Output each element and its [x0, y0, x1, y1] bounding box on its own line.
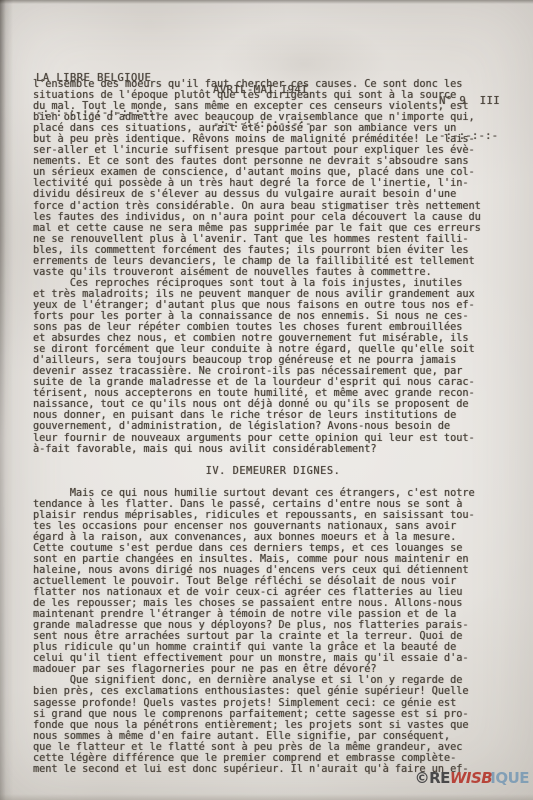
text-line: les fautes des individus, on n'aura poin…: [33, 212, 513, 223]
text-line: devenir assez tracassière. Ne croiront-i…: [33, 366, 513, 377]
text-line: but à peu près identique. Rêvons moins d…: [33, 134, 513, 145]
paragraph: Ces reproches réciproques sont tout à la…: [33, 278, 513, 455]
text-line: Que signifient donc, en dernière analyse…: [33, 675, 513, 686]
text-line: placé dans ces situations, aurait été po…: [33, 123, 513, 134]
text-line: errements de leurs devanciers, le champ …: [33, 256, 513, 267]
text-line: si grand que nous le comprenons parfaite…: [33, 709, 513, 720]
text-line: à-fait favorable, mais qui nous avilit c…: [33, 444, 513, 455]
text-line: grande maladresse que nous y déployons? …: [33, 620, 513, 631]
text-line: de les repousser; mais les choses se pas…: [33, 598, 513, 609]
text-line: force d'action très considérable. On aur…: [33, 201, 513, 212]
paragraph: Mais ce qui nous humilie surtout devant …: [33, 488, 513, 676]
scan-edge-bottom: [0, 794, 533, 800]
text-line: sagesse profonde! Quels vastes projets! …: [33, 698, 513, 709]
text-line: fonde que nous la pénétrons entièrement;…: [33, 720, 513, 731]
text-line: ne se renouvellent plus à l'avenir. Tant…: [33, 234, 513, 245]
text-line: du mal. Tout le monde, sans même en exce…: [33, 101, 513, 112]
text-line: celui qu'il tient effectivement pour un …: [33, 653, 513, 664]
text-line: plaisir rendus méprisables, ridicules et…: [33, 510, 513, 521]
watermark-prefix: ©RE: [415, 769, 450, 787]
text-line: madouer par ses flagorneries pour ne pas…: [33, 664, 513, 675]
text-line: se diront forcément que leur conduite à …: [33, 344, 513, 355]
paragraph: l'ensemble des moeurs qu'il faut cherche…: [33, 79, 513, 278]
text-line: nements. Et ce sont des fautes dont pers…: [33, 156, 513, 167]
text-line: Cette coutume s'est perdue dans ces dern…: [33, 543, 513, 554]
watermark-mid: WISB: [450, 769, 492, 787]
text-line: bien près, ces exclamations enthousiaste…: [33, 686, 513, 697]
text-line: térisent, nous accepterons en toute humi…: [33, 388, 513, 399]
text-line: mal et cette cause ne sera même pas supp…: [33, 223, 513, 234]
text-line: et absurdes chez nous, et combien notre …: [33, 333, 513, 344]
text-line: cette légère différence que le premier c…: [33, 753, 513, 764]
text-line: Mais ce qui nous humilie surtout devant …: [33, 488, 513, 499]
text-line: naissance, tout ce qu'ils nous ont déjà …: [33, 399, 513, 410]
text-line: leur fournir de nouveaux arguments pour …: [33, 433, 513, 444]
text-line: nous donner, en puisant dans le riche tr…: [33, 410, 513, 421]
text-line: plus ridicule qu'un homme craintif qui v…: [33, 642, 513, 653]
paragraph: Que signifient donc, en dernière analyse…: [33, 675, 513, 774]
text-line: dividu désireux de s'élever au dessus du…: [33, 189, 513, 200]
text-line: l'ensemble des moeurs qu'il faut cherche…: [33, 79, 513, 90]
text-line: un sérieux examen de conscience, d'autan…: [33, 167, 513, 178]
text-line: Ces reproches réciproques sont tout à la…: [33, 278, 513, 289]
text-line: situations de l'époque plutôt que les di…: [33, 90, 513, 101]
text-line: gouvernement, d'administration, de légis…: [33, 421, 513, 432]
scan-edge-top: [0, 0, 533, 4]
text-line: égard à la raison, aux convenances, aux …: [33, 532, 513, 543]
section-heading: IV. DEMEURER DIGNES.: [33, 466, 513, 477]
text-line: actuellement le pouvoir. Tout Belge réfl…: [33, 576, 513, 587]
text-line: tes les occasions pour encenser nos gouv…: [33, 521, 513, 532]
text-line: et très maladroits; ils ne peuvent manqu…: [33, 289, 513, 300]
text-line: flatter nos nationaux et de voir ceux-ci…: [33, 587, 513, 598]
text-line: d'ailleurs, sera toujours beaucoup trop …: [33, 355, 513, 366]
text-line: sont en partie changées en insultes. Mai…: [33, 554, 513, 565]
text-line: suite de la grande maladresse et de la l…: [33, 377, 513, 388]
text-line: que le flatteur et le flatté sont à peu …: [33, 742, 513, 753]
text-line: sent nous être arrachées surtout par la …: [33, 631, 513, 642]
text-line: lectivité qui possède à un très haut deg…: [33, 178, 513, 189]
text-line: ser-aller et l'incurie suffisent presque…: [33, 145, 513, 156]
scanned-page: LA LIBRE BELGIQUE -:-:-:-:-:-:-:-:-:- AV…: [0, 0, 533, 800]
text-line: forts pour les porter à la connaissance …: [33, 311, 513, 322]
text-line: haleine, nous avons dirigé nos nuages d'…: [33, 565, 513, 576]
text-line: vaste qu'ils trouveront aisément de nouv…: [33, 267, 513, 278]
text-line: yeux de l'étranger; d'autant plus que no…: [33, 300, 513, 311]
text-line: bien obligé d'admettre avec beaucoup de …: [33, 112, 513, 123]
article-body: l'ensemble des moeurs qu'il faut cherche…: [33, 79, 513, 775]
text-line: sons pas de leur répéter combien toutes …: [33, 322, 513, 333]
text-line: bles, ils commettent forcément des faute…: [33, 245, 513, 256]
watermark-suffix: IQUE: [490, 769, 529, 787]
scan-edge-left: [0, 0, 13, 800]
archive-watermark: ©REWISBIQUE: [415, 769, 529, 787]
text-line: maintenant prendre l'étranger à témoin d…: [33, 609, 513, 620]
text-line: tendance à les flatter. Dans le passé, c…: [33, 499, 513, 510]
masthead: LA LIBRE BELGIQUE -:-:-:-:-:-:-:-:-:- AV…: [0, 27, 533, 85]
text-line: nous sommes à même d'en faire autant. El…: [33, 731, 513, 742]
